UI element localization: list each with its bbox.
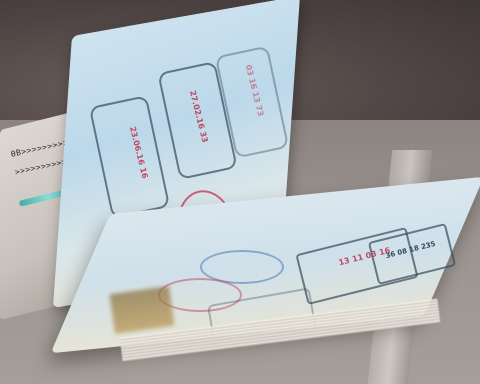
passport-spine: [110, 286, 175, 334]
photo-scene: ΘB>>>>>>>>>>>>962496 >>>>>>>>>>>>>>>>>>>…: [0, 0, 480, 384]
